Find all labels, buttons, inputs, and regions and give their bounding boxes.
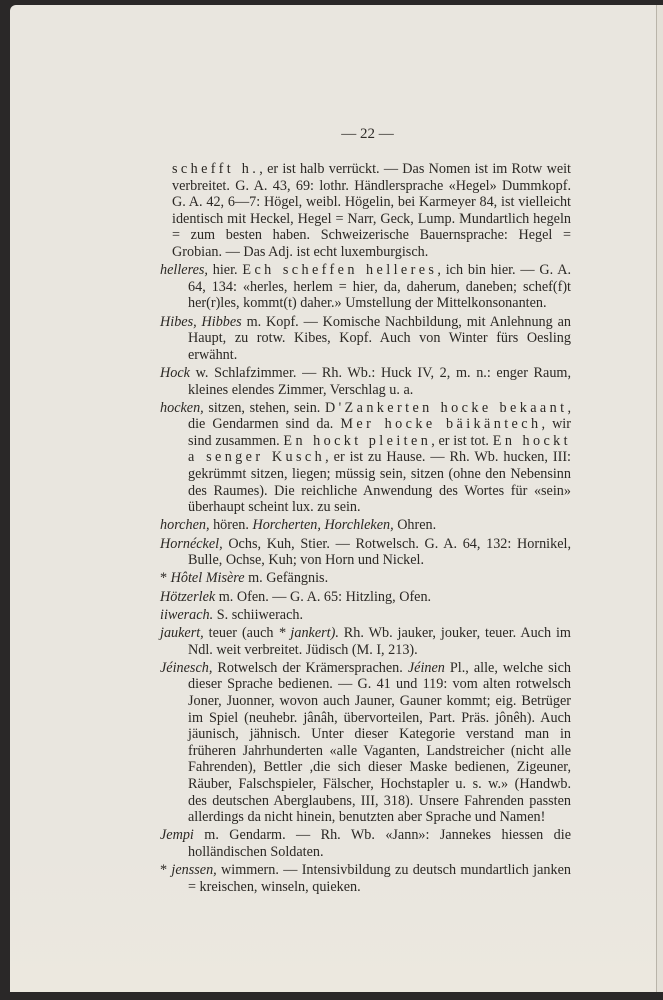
headword: iiwerach.	[160, 607, 213, 623]
entry-horneckel: Hornéckel, Ochs, Kuh, Stier. — Rotwelsch…	[172, 536, 571, 569]
entry-text: Horcherten, Horchleken,	[252, 517, 393, 533]
dictionary-entries: schefft h., er ist halb verrückt. — Das …	[172, 161, 571, 897]
entry-text: hier.	[208, 262, 242, 278]
entry-text: w. Schlafzimmer. — Rh. Wb.: Huck IV, 2, …	[188, 365, 571, 398]
headword: Hôtel Misère	[171, 570, 245, 586]
headword: jenssen,	[171, 862, 216, 878]
entry-text: Ochs, Kuh, Stier. — Rotwelsch. G. A. 64,…	[188, 536, 571, 569]
page-number: — 22 —	[0, 126, 663, 143]
headword: hocken,	[160, 400, 204, 416]
headword: jaukert,	[160, 625, 204, 641]
entry-hotzerlek: Hötzerlek m. Ofen. — G. A. 65: Hitzling,…	[172, 589, 571, 606]
entry-text: hören.	[210, 517, 253, 533]
headword: Hock	[160, 365, 190, 381]
entry-horchen: horchen, hören. Horcherten, Horchleken, …	[172, 517, 571, 534]
entry-text: *	[160, 862, 171, 878]
headword: helleres,	[160, 262, 208, 278]
entry-continuation: schefft h., er ist halb verrückt. — Das …	[172, 161, 571, 261]
entry-text: m. Ofen. — G. A. 65: Hitzling, Ofen.	[215, 589, 431, 605]
entry-iiwerach: iiwerach. S. schiiwerach.	[172, 607, 571, 624]
entry-hocken: hocken, sitzen, stehen, sein. D'Zankerte…	[172, 400, 571, 516]
entry-jempi: Jempi m. Gendarm. — Rh. Wb. «Jann»: Jann…	[172, 827, 571, 860]
entry-text: Pl., alle, welche sich dieser Sprache be…	[188, 660, 571, 825]
headword: Hötzerlek	[160, 589, 215, 605]
entry-text: , er ist tot.	[431, 433, 493, 449]
spaced-example: En hockt pleiten	[283, 433, 431, 449]
entry-helleres: helleres, hier. Ech scheffen helleres, i…	[172, 262, 571, 312]
entry-text: m. Gendarm. — Rh. Wb. «Jann»: Jannekes h…	[188, 827, 571, 860]
entry-text: Ohren.	[394, 517, 437, 533]
entry-text: *	[160, 570, 171, 586]
entry-hibes: Hibes, Hibbes m. Kopf. — Komische Nachbi…	[172, 314, 571, 364]
entry-text: sitzen, stehen, sein.	[204, 400, 325, 416]
entry-jeinesch: Jéinesch, Rotwelsch der Krämersprachen. …	[172, 660, 571, 826]
page-fold-line	[656, 5, 657, 992]
spaced-example: Mer hocke bäikäntech	[340, 416, 541, 432]
entry-text: wimmern. — Intensivbildung zu deutsch mu…	[188, 862, 571, 895]
entry-hock: Hock w. Schlafzimmer. — Rh. Wb.: Huck IV…	[172, 365, 571, 398]
headword: Hornéckel,	[160, 536, 223, 552]
entry-jaukert: jaukert, teuer (auch * jankert). Rh. Wb.…	[172, 625, 571, 658]
entry-text: S. schiiwerach.	[213, 607, 303, 623]
entry-hotel-misere: * Hôtel Misère m. Gefängnis.	[172, 570, 571, 587]
spaced-example: Ech scheffen helleres	[242, 262, 437, 278]
entry-text: Rotwelsch der Krämersprachen.	[212, 660, 407, 676]
entry-text: m. Gefängnis.	[245, 570, 329, 586]
entry-text: * jankert).	[278, 625, 338, 641]
headword: Jempi	[160, 827, 194, 843]
entry-text: m. Kopf. — Komische Nachbildung, mit Anl…	[188, 314, 571, 363]
entry-jenssen: * jenssen, wimmern. — Intensivbildung zu…	[172, 862, 571, 895]
headword: Hibes, Hibbes	[160, 314, 242, 330]
page-edge	[657, 5, 663, 992]
spaced-example: schefft h.	[172, 161, 259, 177]
spaced-example: D'Zankerten hocke bekaant	[325, 400, 568, 416]
entry-text: Jéinen	[408, 660, 445, 676]
entry-text: teuer (auch	[204, 625, 279, 641]
headword: horchen,	[160, 517, 210, 533]
headword: Jéinesch,	[160, 660, 212, 676]
